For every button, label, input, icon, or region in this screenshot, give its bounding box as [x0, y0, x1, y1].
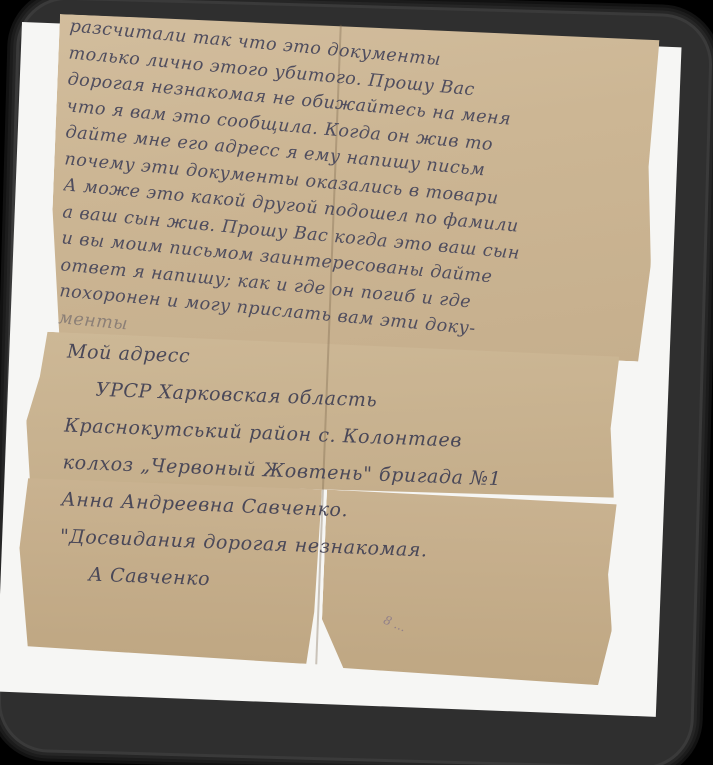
- address-block: Мой адресс УРСР Харковская область Красн…: [48, 340, 618, 620]
- letter-body: разсчитали так что это документы только …: [58, 16, 660, 356]
- letter: разсчитали так что это документы только …: [34, 14, 663, 709]
